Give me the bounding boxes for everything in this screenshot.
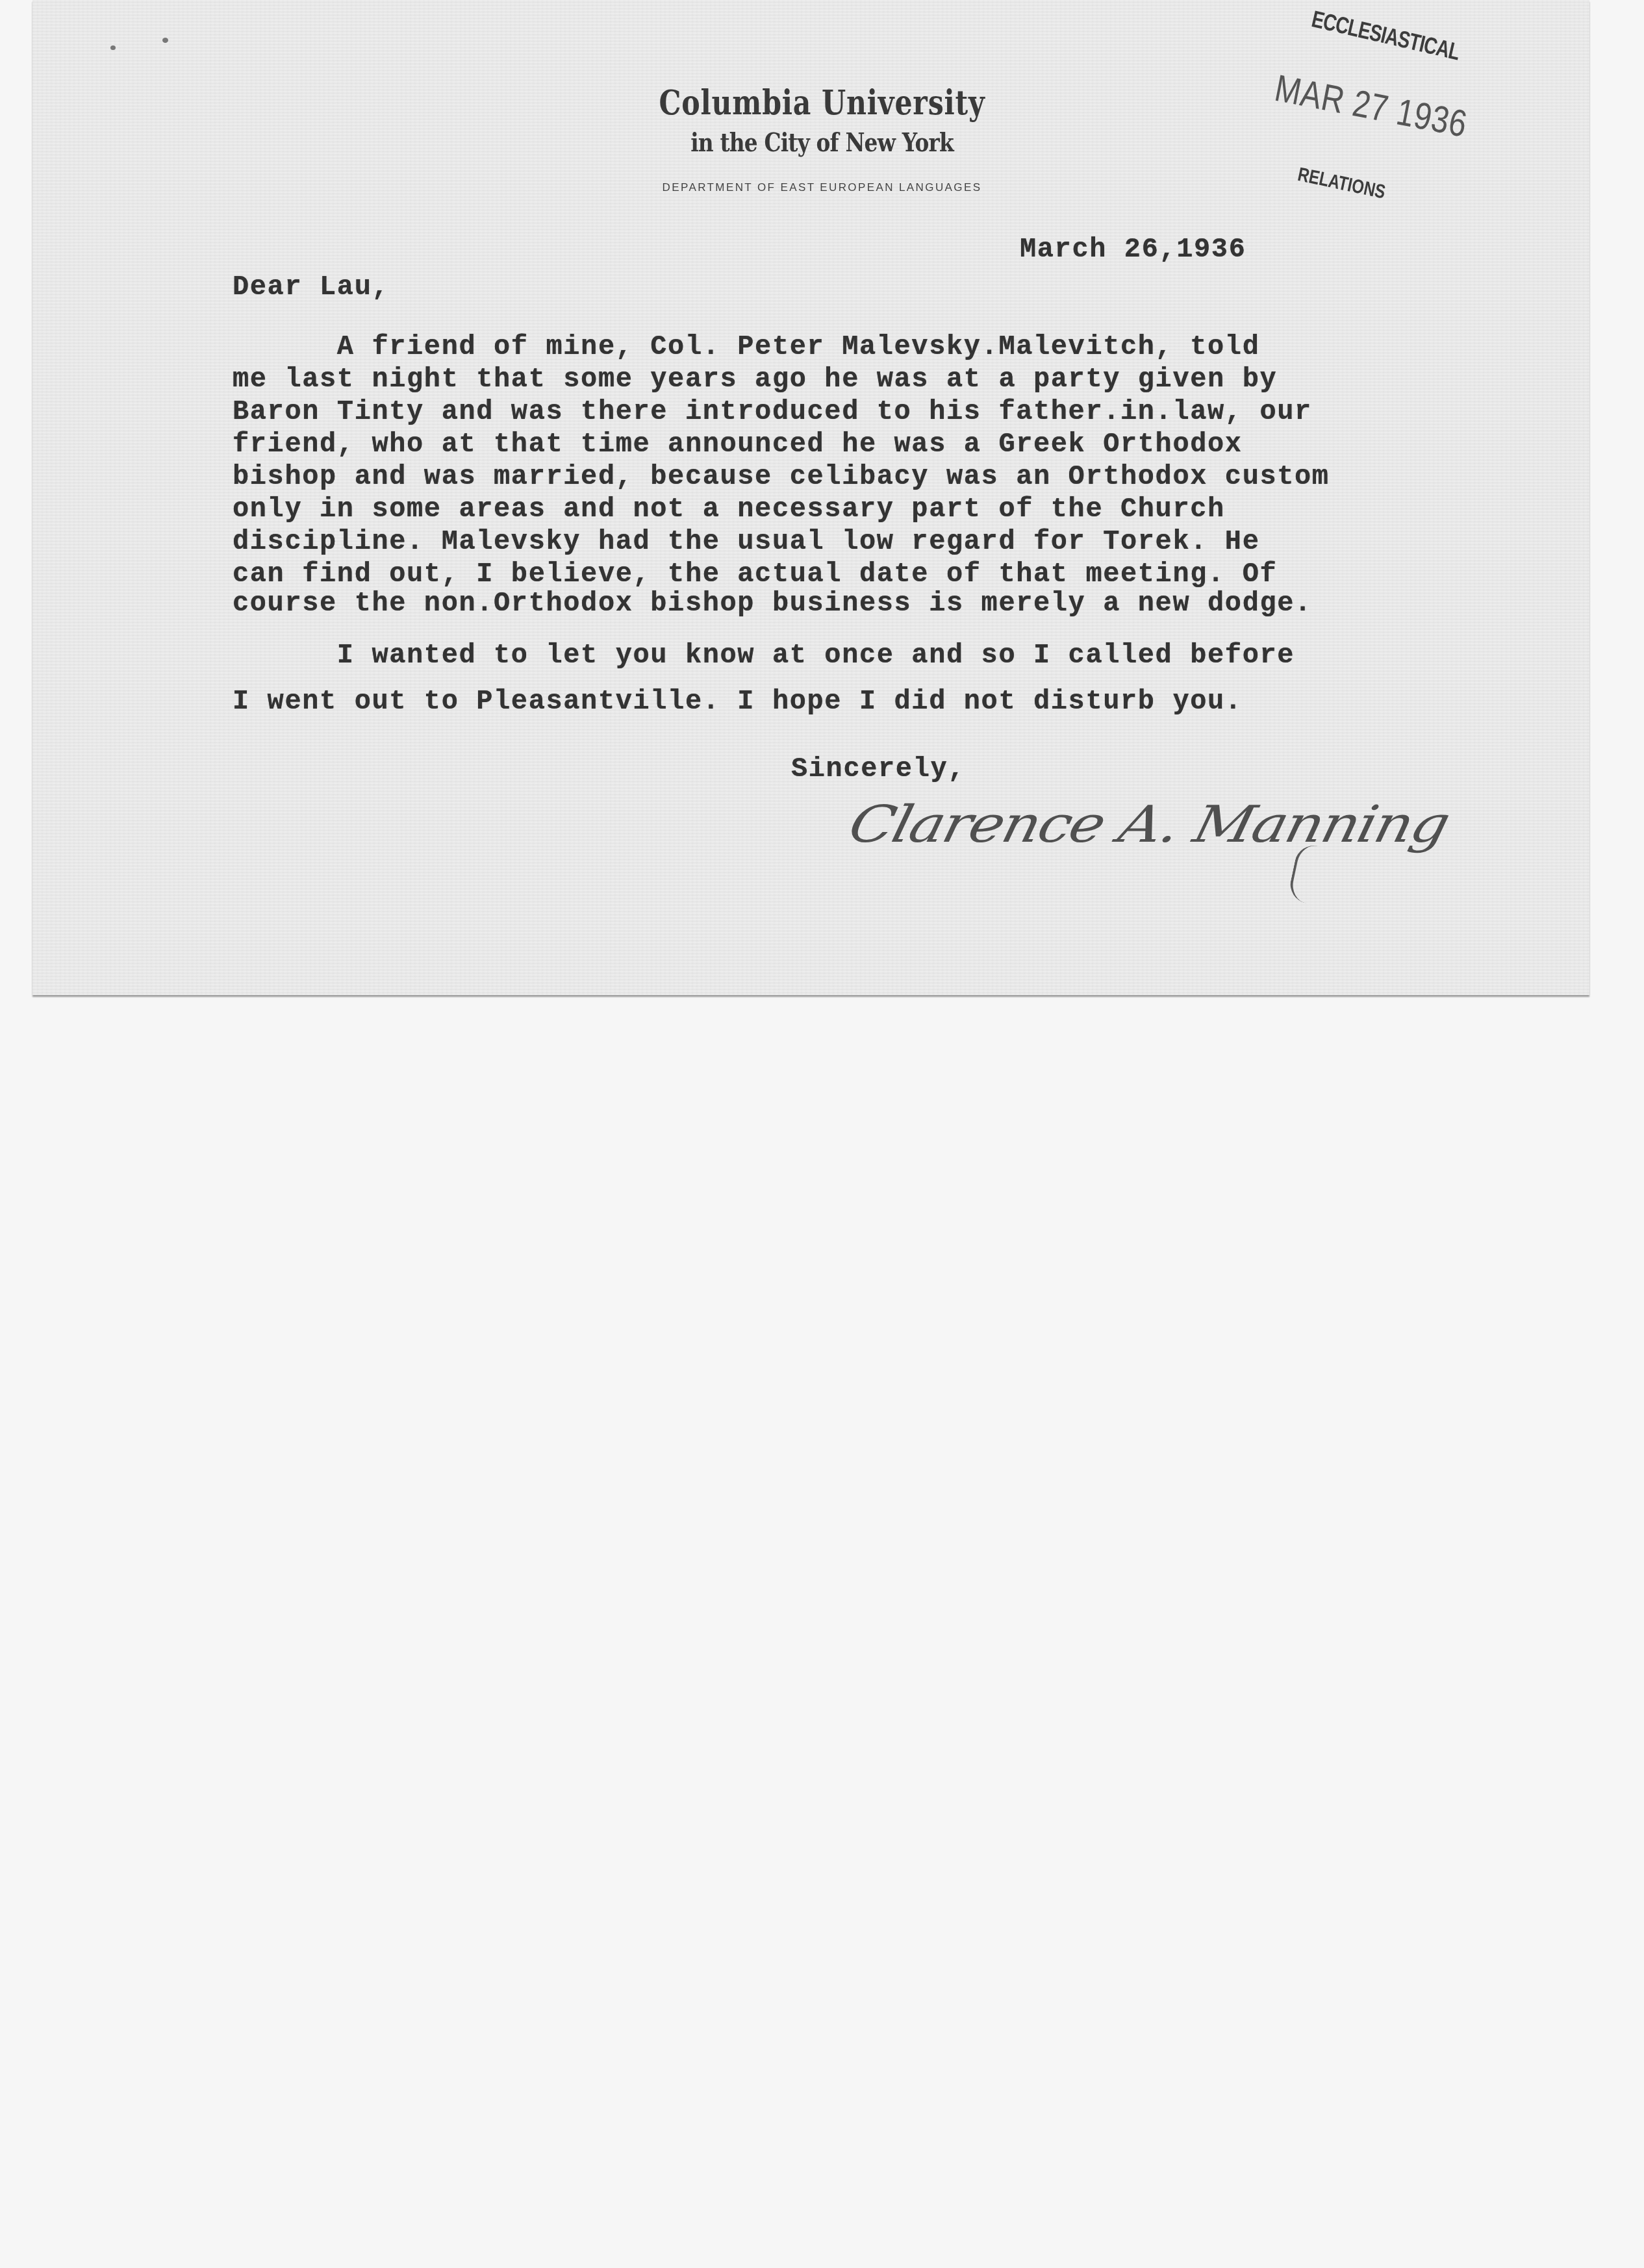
body-line: bishop and was married, because celibacy…: [233, 461, 1330, 492]
body-line: A friend of mine, Col. Peter Malevsky.Ma…: [233, 331, 1259, 362]
body-line: me last night that some years ago he was…: [233, 364, 1277, 395]
body-line: only in some areas and not a necessary p…: [233, 494, 1225, 525]
body-line: I went out to Pleasantville. I hope I di…: [233, 686, 1243, 717]
body-line: Baron Tinty and was there introduced to …: [233, 396, 1312, 427]
body-line: can find out, I believe, the actual date…: [233, 559, 1277, 590]
letterhead-department: DEPARTMENT OF EAST EUROPEAN LANGUAGES: [0, 181, 1644, 194]
paper-speck: [162, 38, 168, 43]
body-line: discipline. Malevsky had the usual low r…: [233, 526, 1259, 557]
letterhead-location: in the City of New York: [148, 127, 1496, 158]
body-line: friend, who at that time announced he wa…: [233, 429, 1243, 460]
letter-date: March 26,1936: [1020, 234, 1246, 265]
body-line: I wanted to let you know at once and so …: [233, 640, 1295, 671]
salutation: Dear Lau,: [233, 271, 389, 303]
body-line: course the non.Orthodox bishop business …: [233, 588, 1312, 619]
handwritten-signature: Clarence A. Manning: [843, 796, 1454, 854]
closing: Sincerely,: [791, 753, 965, 785]
paper-speck: [110, 45, 116, 50]
